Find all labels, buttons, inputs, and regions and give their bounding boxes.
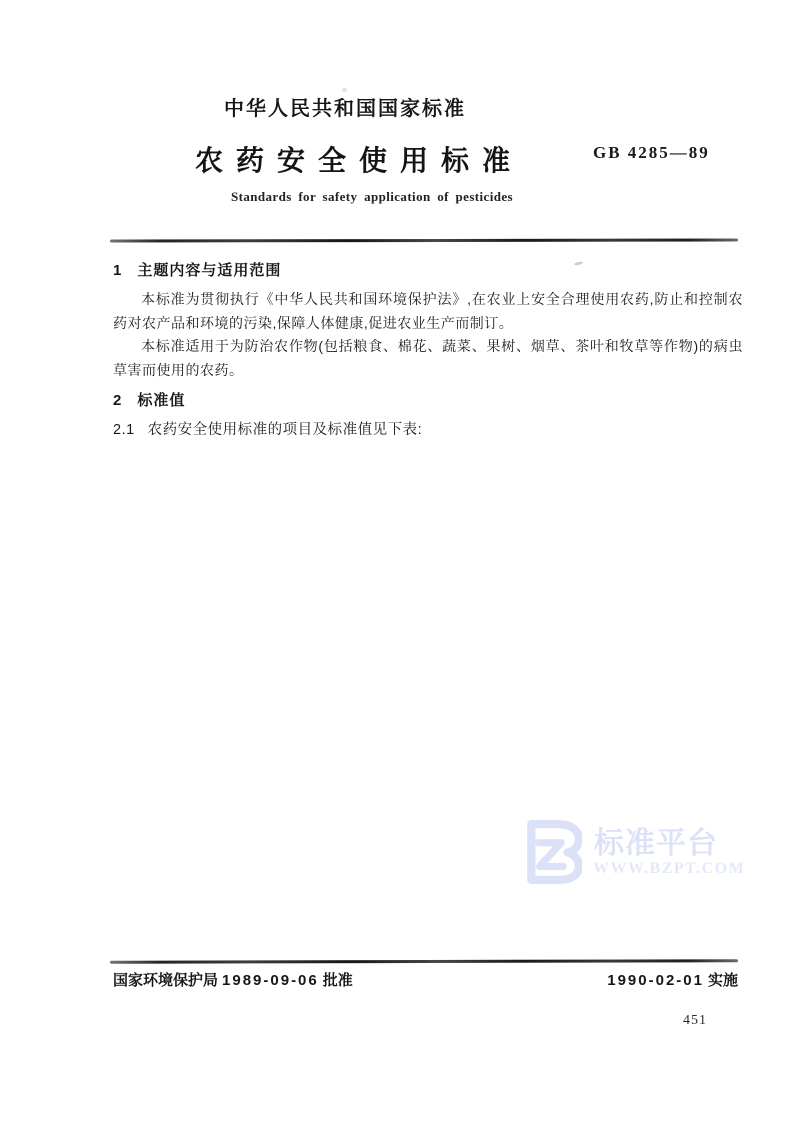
clause-2-1-text: 农药安全使用标准的项目及标准值见下表: [148,422,423,438]
approver-name: 国家环境保护局 [113,972,218,989]
clause-2-1-number: 2.1 [113,422,135,438]
section-1-number: 1 [113,262,121,279]
standard-number: GB 4285—89 [593,143,710,163]
implementation-date: 1990-02-01 [607,972,704,989]
scan-speck [574,261,583,266]
watermark-url: WWW.BZPT.COM [593,860,745,878]
implementation-label: 实施 [708,972,738,989]
scan-speck [342,88,347,92]
section-1-heading: 1主题内容与适用范围 [113,259,281,280]
document-title-english: Standards for safety application of pest… [231,189,513,205]
footer-divider [110,959,738,964]
section-1-title: 主题内容与适用范围 [137,262,281,279]
clause-2-1: 2.1农药安全使用标准的项目及标准值见下表: [113,418,422,439]
paragraph-purpose: 本标准为贯彻执行《中华人民共和国环境保护法》,在农业上安全合理使用农药,防止和控… [113,288,743,335]
national-standard-label: 中华人民共和国国家标准 [224,92,466,121]
section-2-number: 2 [113,392,121,409]
document-page: 中华人民共和国国家标准 农药安全使用标准 GB 4285—89 Standard… [0,0,800,1127]
implementation-info: 1990-02-01实施 [603,969,738,990]
paragraph-applicability: 本标准适用于为防治农作物(包括粮食、棉花、蔬菜、果树、烟草、茶叶和牧草等作物)的… [113,335,743,382]
document-title: 农药安全使用标准 [195,139,523,179]
page-number: 451 [683,1013,707,1029]
watermark-name: 标准平台 [594,818,718,862]
section-2-heading: 2标准值 [113,389,185,410]
watermark: 标准平台 WWW.BZPT.COM [524,818,734,893]
approval-date: 1989-09-06 [222,972,319,989]
section-2-title: 标准值 [137,392,185,409]
bzpt-logo-icon [524,820,582,884]
header-divider [110,238,738,242]
approval-label: 批准 [323,972,353,989]
approval-info: 国家环境保护局1989-09-06批准 [113,969,353,990]
